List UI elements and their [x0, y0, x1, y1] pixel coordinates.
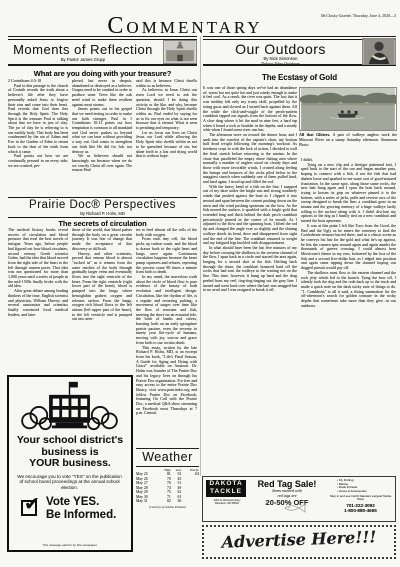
moments-col1: 2 Corinthians 4:5-18 Paul in this passag… [8, 79, 68, 191]
school-ad-headline: Your school district's business is YOUR … [9, 435, 131, 470]
advertise-box: Advertise Here!!! [202, 525, 396, 559]
body-paragraph: It was at this point I felt like Tuco fr… [301, 224, 396, 271]
school-ad-footer: This message paid for by this newspaper. [9, 543, 131, 547]
tackle-phones: 701-222-3092 1-800-880-4665 [327, 503, 394, 514]
tackle-tagline: Stop in and see North Dakota's Largest T… [327, 495, 394, 502]
outdoors-headline: The Ecstasy of Gold [203, 73, 396, 82]
checkmark-icon: ✔ [24, 493, 40, 515]
body-paragraph: Tying on a new clip and a firetiger patt… [301, 163, 396, 224]
moments-byline: By Pastor James Grupp [8, 57, 158, 62]
phone-number-2: 1-800-880-4665 [327, 508, 394, 513]
moments-col3: said this is because Christ dwells withi… [136, 79, 197, 191]
body-paragraph: those of the world, that blood pulses th… [72, 228, 132, 252]
logo-line1: DAKOTA [206, 480, 246, 488]
weather-table: High Low Precip. May 258152.04 May 26704… [136, 468, 199, 504]
cell: 82 [159, 499, 171, 504]
school-ad-body: We encourage you to vote "YES" on the pu… [15, 474, 124, 490]
rule [8, 64, 197, 66]
body-paragraph: James points out in his gospel that we n… [72, 107, 132, 154]
church-photo [163, 40, 197, 64]
tackle-address: 2301 E. Bismarck Expy Bismarck, ND 58504 [204, 499, 250, 505]
rule [203, 36, 396, 37]
body-paragraph: The medical history books reveal secrets… [8, 228, 68, 289]
outdoors-title: Our Outdoors [203, 41, 358, 57]
moments-col2: plexed, but never in despair, abandoned … [72, 79, 132, 191]
prairie-headline: The secrets of circulation [8, 219, 197, 228]
body-paragraph: It was one of those spring days we've ha… [203, 86, 297, 133]
rule [8, 217, 197, 218]
logo-line2: TACKLE [206, 488, 246, 496]
body-paragraph: The afternoon wore on toward the dinner … [203, 133, 297, 185]
body-paragraph: As believers in Jesus Christ our risen L… [136, 88, 197, 130]
body-paragraph: plexed, but never in despair, abandoned … [72, 79, 132, 107]
prairie-col3: ies to feed almost all the cells of the … [136, 228, 197, 447]
body-paragraph: In my mind, the marvelous truth about th… [136, 275, 197, 346]
school-ad-headline-line: Your school district's [9, 435, 131, 447]
outdoors-byline-org: Dakota Edge Outdoors [203, 61, 358, 66]
dakota-tackle-logo: DAKOTA TACKLE [206, 480, 246, 497]
body-paragraph: After great debate among leading thinker… [8, 289, 68, 317]
body-paragraph: Paul in this passage to the church of Co… [8, 84, 68, 155]
vote-row: ✔ Vote YES. Be Informed. [21, 496, 121, 530]
weather-title: Weather [136, 448, 199, 467]
cell: May 31 [136, 499, 159, 504]
photo-caption: All that Glitters. A pair of walleye ang… [299, 133, 397, 147]
vote-cta-line2: Be Informed. [46, 509, 116, 522]
columnist-photo [362, 38, 396, 65]
vote-cta: Vote YES. Be Informed. [46, 496, 116, 522]
dateline: McClusky Gazette, Thursday, June 4, 2020… [321, 13, 396, 18]
cell: 56 [171, 499, 182, 504]
school-ad: Your school district's business is YOUR … [7, 375, 133, 552]
body-paragraph: The shallows must flow to the eastern ch… [301, 271, 396, 309]
school-building-icon [17, 380, 122, 432]
body-paragraph: From each tiny cell, the blood picks up … [136, 237, 197, 275]
moments-headline: What are you doing with your treasure? [8, 69, 197, 78]
school-ad-headline-line: YOUR business. [9, 458, 131, 470]
prairie-byline: By Richard P. Holm, MD [8, 211, 197, 216]
prairie-col1: The medical history books reveal secrets… [8, 228, 68, 368]
weather-row: May 318256 [136, 499, 199, 504]
columnist-photo-art [363, 39, 395, 64]
vote-cta-line1: Vote YES. [46, 496, 116, 509]
fish-icon [283, 503, 307, 513]
newspaper-page: McClusky Gazette, Thursday, June 4, 2020… [0, 0, 400, 567]
cell [181, 499, 199, 504]
body-paragraph: With the heavy bend of a fish on the lin… [203, 185, 297, 246]
outdoors-col2: I didn't. Tying on a new clip and a fire… [301, 158, 396, 472]
weather-credit: (Courtesy of Gordon Pellman) [136, 505, 199, 509]
vote-checkbox-icon: ✔ [21, 500, 37, 516]
advertise-text: Advertise Here!!! [204, 527, 395, 553]
prairie-col2: those of the world, that blood pulses th… [72, 228, 132, 368]
weather-box: Weather High Low Precip. May 258152.04 M… [136, 448, 199, 509]
prairie-title: Prairie Doc® Perspectives [8, 199, 197, 211]
river-photo-art [300, 88, 396, 130]
body-paragraph: Paul points out how we are continually p… [8, 154, 68, 168]
church-photo-art [164, 41, 196, 63]
rule [8, 197, 197, 198]
body-paragraph: We as believers should not knowingly sin… [72, 154, 132, 173]
outdoors-col1: It was one of those spring days we've ha… [203, 86, 297, 474]
column-divider [200, 36, 201, 476]
tackle-ad: DAKOTA TACKLE 2301 E. Bismarck Expy Bism… [202, 476, 396, 522]
river-photo [299, 87, 397, 131]
tackle-items: Fly Fishing Marine Rods & Reels Home & A… [337, 479, 394, 494]
body-paragraph: This essay, written by the late Richard … [136, 346, 197, 417]
moments-title: Moments of Reflection [8, 42, 158, 57]
body-paragraph: Harvey, and other scientists, proved tha… [72, 252, 132, 323]
address-line2: Bismarck, ND 58504 [204, 502, 250, 505]
body-paragraph: In what should have been the last five m… [203, 246, 297, 293]
tackle-right-block: Fly Fishing Marine Rods & Reels Home & A… [327, 479, 394, 514]
rule [8, 36, 197, 37]
body-paragraph: Let us focus our lives on Christ Jesus o… [136, 131, 197, 159]
